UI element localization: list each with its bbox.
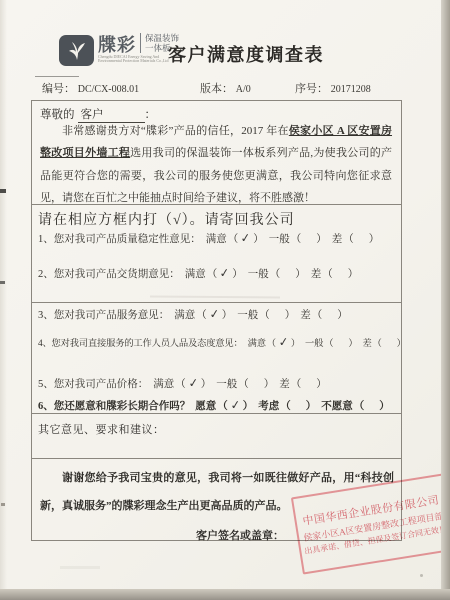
intro-text-pre: 非常感谢贵方对“牒彩”产品的信任，2017 年在	[62, 125, 289, 137]
paren-close: ）	[295, 269, 306, 280]
scan-smudge	[60, 566, 100, 569]
empty-checkbox	[322, 317, 337, 319]
table-divider	[32, 458, 401, 459]
answer-option: 不愿意（）	[321, 401, 390, 412]
answer-option: 考虑（）	[258, 401, 316, 412]
paren-close: ）	[316, 234, 327, 245]
company-name-english: Chengdu DIECAI Energy Saving And Environ…	[98, 55, 173, 63]
answer-option: 一般（）	[248, 269, 306, 280]
paren-close: ）	[285, 310, 296, 321]
doc-number: 编号： DC/CX-008.01	[42, 80, 139, 96]
paren-open: （	[175, 379, 186, 390]
paren-close: ）	[379, 401, 390, 412]
empty-checkbox	[270, 317, 285, 319]
answer-option: 一般（）	[216, 379, 274, 390]
option-label: 差	[332, 234, 343, 245]
paren-close: ）	[348, 269, 359, 280]
survey-question-3: 3、您对我司产品服务意见：满意（✓）一般（）差（）	[38, 307, 348, 322]
paren-close: ）	[397, 339, 406, 349]
option-label: 满意	[185, 269, 206, 280]
company-logo	[59, 35, 94, 66]
scan-edge-right	[441, 0, 450, 600]
option-label: 一般	[216, 379, 237, 390]
empty-checkbox	[291, 408, 306, 410]
empty-checkbox	[382, 345, 397, 347]
paren-open: （	[291, 234, 302, 245]
intro-paragraph: 非常感谢贵方对“牒彩”产品的信任，2017 年在侯家小区 A 区安置房整改项目外…	[40, 120, 392, 210]
paren-close: ）	[253, 234, 264, 245]
paren-close: ）	[232, 269, 243, 280]
scan-mark	[1, 503, 5, 506]
answer-option: 差（）	[311, 269, 359, 280]
doc-number-value: DC/CX-008.01	[78, 84, 139, 95]
paren-open: （	[354, 401, 365, 412]
table-divider	[32, 302, 401, 303]
option-label: 考虑	[258, 401, 279, 412]
paren-open: （	[280, 401, 291, 412]
question-text: 2、您对我司产品交货期意见：	[38, 269, 180, 280]
signature-label: 客户签名或盖章：	[196, 527, 284, 543]
empty-checkbox	[249, 386, 264, 388]
answer-option: 愿意（✓）	[195, 401, 253, 412]
document-title: 客户满意度调查表	[168, 41, 324, 67]
scan-edge-left	[0, 0, 7, 600]
other-comments-label: 其它意见、要求和建议：	[38, 421, 165, 437]
handwritten-checkmark: ✓	[238, 230, 254, 245]
doc-serial-label: 序号：	[295, 83, 328, 95]
paren-open: （	[373, 339, 382, 349]
butterfly-icon	[65, 39, 89, 63]
question-text: 6、您还愿意和牒彩长期合作吗？	[38, 401, 190, 412]
paren-open: （	[324, 339, 333, 349]
handwritten-checkmark: ✓	[217, 265, 233, 280]
doc-number-label: 编号：	[42, 83, 75, 95]
doc-version-label: 版本：	[200, 83, 233, 95]
answer-option: 差（）	[300, 310, 348, 321]
doc-version-value: A/0	[236, 84, 251, 95]
answer-option: 满意（✓）	[206, 234, 264, 245]
scan-dot	[420, 574, 423, 577]
paren-open: （	[259, 310, 270, 321]
question-text: 1、您对我司产品质量稳定性意见：	[38, 234, 201, 245]
option-label: 差	[362, 339, 371, 349]
empty-checkbox	[333, 345, 348, 347]
survey-question-6: 6、您还愿意和牒彩长期合作吗？愿意（✓）考虑（）不愿意（）	[38, 398, 390, 413]
option-label: 不愿意	[321, 401, 353, 412]
answer-option: 满意（✓）	[174, 310, 232, 321]
option-label: 满意	[153, 379, 174, 390]
empty-checkbox	[333, 276, 348, 278]
answer-option: 一般（）	[305, 339, 357, 349]
paren-open: （	[238, 379, 249, 390]
option-label: 差	[300, 310, 311, 321]
survey-question-5: 5、您对我司产品价格：满意（✓）一般（）差（）	[38, 376, 327, 391]
empty-checkbox	[354, 241, 369, 243]
option-label: 满意	[174, 310, 195, 321]
paren-open: （	[207, 269, 218, 280]
paren-open: （	[270, 269, 281, 280]
option-label: 差	[311, 269, 322, 280]
paren-close: ）	[264, 379, 275, 390]
scan-line-artifact	[35, 76, 79, 77]
paren-open: （	[322, 269, 333, 280]
paren-close: ）	[316, 379, 327, 390]
paren-close: ）	[243, 401, 254, 412]
paren-close: ）	[291, 339, 300, 349]
doc-version: 版本： A/0	[200, 80, 251, 96]
option-label: 满意	[206, 234, 227, 245]
paren-open: （	[196, 310, 207, 321]
survey-question-1: 1、您对我司产品质量稳定性意见：满意（✓）一般（）差（）	[38, 231, 379, 246]
paren-open: （	[267, 339, 276, 349]
paren-open: （	[343, 234, 354, 245]
option-label: 一般	[237, 310, 258, 321]
handwritten-checkmark: ✓	[227, 397, 243, 412]
paren-open: （	[312, 310, 323, 321]
answer-option: 满意（✓）	[153, 379, 211, 390]
handwritten-checkmark: ✓	[185, 375, 201, 390]
empty-checkbox	[364, 408, 379, 410]
option-label: 一般	[248, 269, 269, 280]
paren-close: ）	[306, 401, 317, 412]
answer-option: 一般（）	[269, 234, 327, 245]
survey-question-4: 4、您对我司直接服务的工作人员人品及态度意见：满意（✓）一般（）差（）	[38, 335, 406, 349]
answer-option: 差（）	[332, 234, 380, 245]
empty-checkbox	[280, 276, 295, 278]
paren-close: ）	[369, 234, 380, 245]
empty-checkbox	[301, 241, 316, 243]
brand-name: 牒彩	[98, 31, 136, 57]
form-table: 尊敬的客户： 非常感谢贵方对“牒彩”产品的信任，2017 年在侯家小区 A 区安…	[31, 100, 402, 541]
table-divider	[32, 413, 401, 414]
option-label: 一般	[269, 234, 290, 245]
paren-close: ）	[337, 310, 348, 321]
scan-mark	[0, 281, 5, 284]
question-text: 5、您对我司产品价格：	[38, 379, 148, 390]
instruction-text: 请在相应方框内打（√）。请寄回我公司	[38, 209, 295, 229]
answer-option: 差（）	[362, 339, 405, 349]
survey-question-2: 2、您对我司产品交货期意见：满意（✓）一般（）差（）	[38, 266, 358, 281]
handwritten-checkmark: ✓	[275, 334, 291, 349]
answer-option: 满意（✓）	[185, 269, 243, 280]
paren-open: （	[217, 401, 228, 412]
empty-checkbox	[301, 386, 316, 388]
answer-option: 满意（✓）	[248, 339, 300, 349]
doc-serial-value: 20171208	[331, 84, 371, 95]
paren-close: ）	[201, 379, 212, 390]
option-label: 差	[279, 379, 290, 390]
scanned-survey-document: 牒彩 保温装饰 一体板 Chengdu DIECAI Energy Saving…	[0, 0, 450, 600]
handwritten-checkmark: ✓	[206, 306, 222, 321]
scan-mark	[0, 189, 6, 193]
question-text: 4、您对我司直接服务的工作人员人品及态度意见：	[38, 339, 243, 349]
option-label: 一般	[305, 339, 323, 349]
answer-option: 差（）	[279, 379, 327, 390]
question-text: 3、您对我司产品服务意见：	[38, 310, 169, 321]
doc-serial: 序号： 20171208	[295, 80, 371, 96]
scan-edge-bottom	[0, 589, 450, 600]
answer-option: 一般（）	[237, 310, 295, 321]
paren-open: （	[228, 234, 239, 245]
paren-close: ）	[348, 339, 357, 349]
paren-close: ）	[222, 310, 233, 321]
option-label: 愿意	[195, 401, 216, 412]
paren-open: （	[291, 379, 302, 390]
option-label: 满意	[248, 339, 266, 349]
